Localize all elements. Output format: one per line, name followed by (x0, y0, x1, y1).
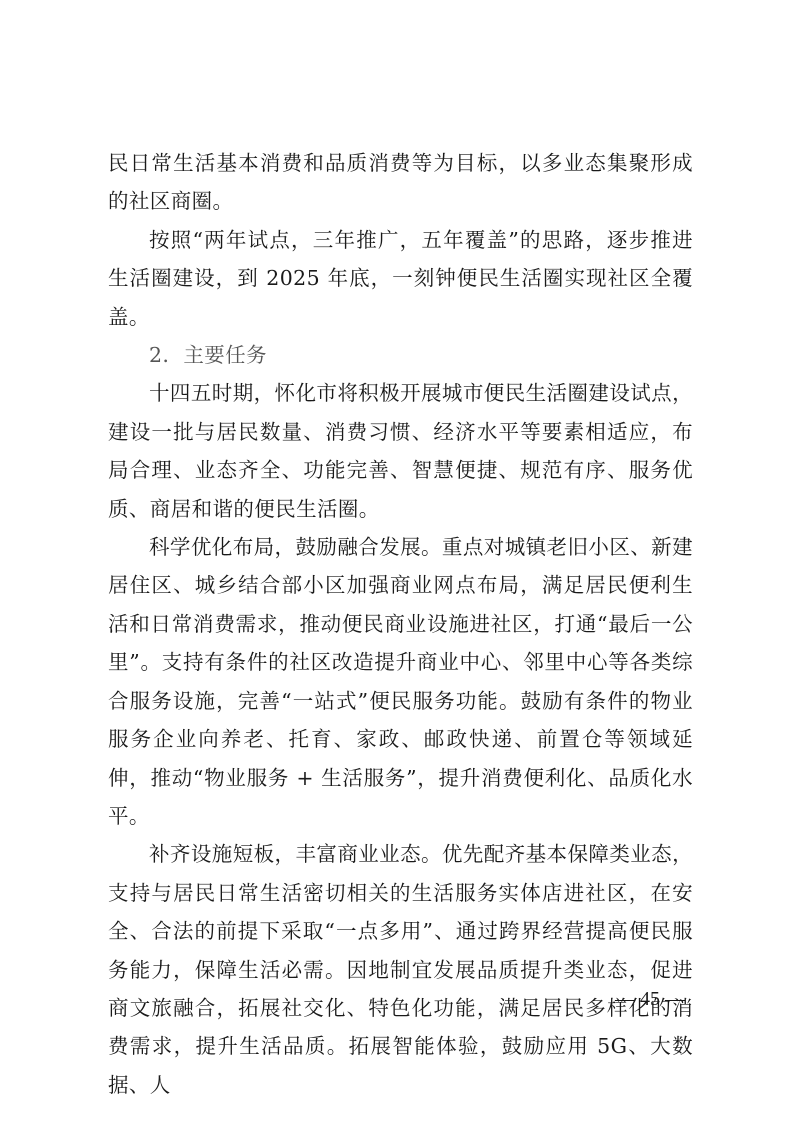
section-heading-main-tasks: 2．主要任务 (108, 336, 693, 374)
paragraph-14th-five-year: 十四五时期，怀化市将积极开展城市便民生活圈建设试点，建设一批与居民数量、消费习惯… (108, 374, 693, 528)
document-body: 民日常生活基本消费和品质消费等为目标，以多业态集聚形成的社区商圈。 按照“两年试… (108, 144, 693, 1104)
paragraph-fill-gaps: 补齐设施短板，丰富商业业态。优先配齐基本保障类业态，支持与居民日常生活密切相关的… (108, 835, 693, 1104)
page-number: — 45 — (600, 988, 700, 1011)
paragraph-optimize-layout: 科学优化布局，鼓励融合发展。重点对城镇老旧小区、新建居住区、城乡结合部小区加强商… (108, 528, 693, 835)
paragraph-rollout-plan: 按照“两年试点，三年推广，五年覆盖”的思路，逐步推进生活圈建设，到 2025 年… (108, 221, 693, 336)
paragraph-continuation: 民日常生活基本消费和品质消费等为目标，以多业态集聚形成的社区商圈。 (108, 144, 693, 221)
